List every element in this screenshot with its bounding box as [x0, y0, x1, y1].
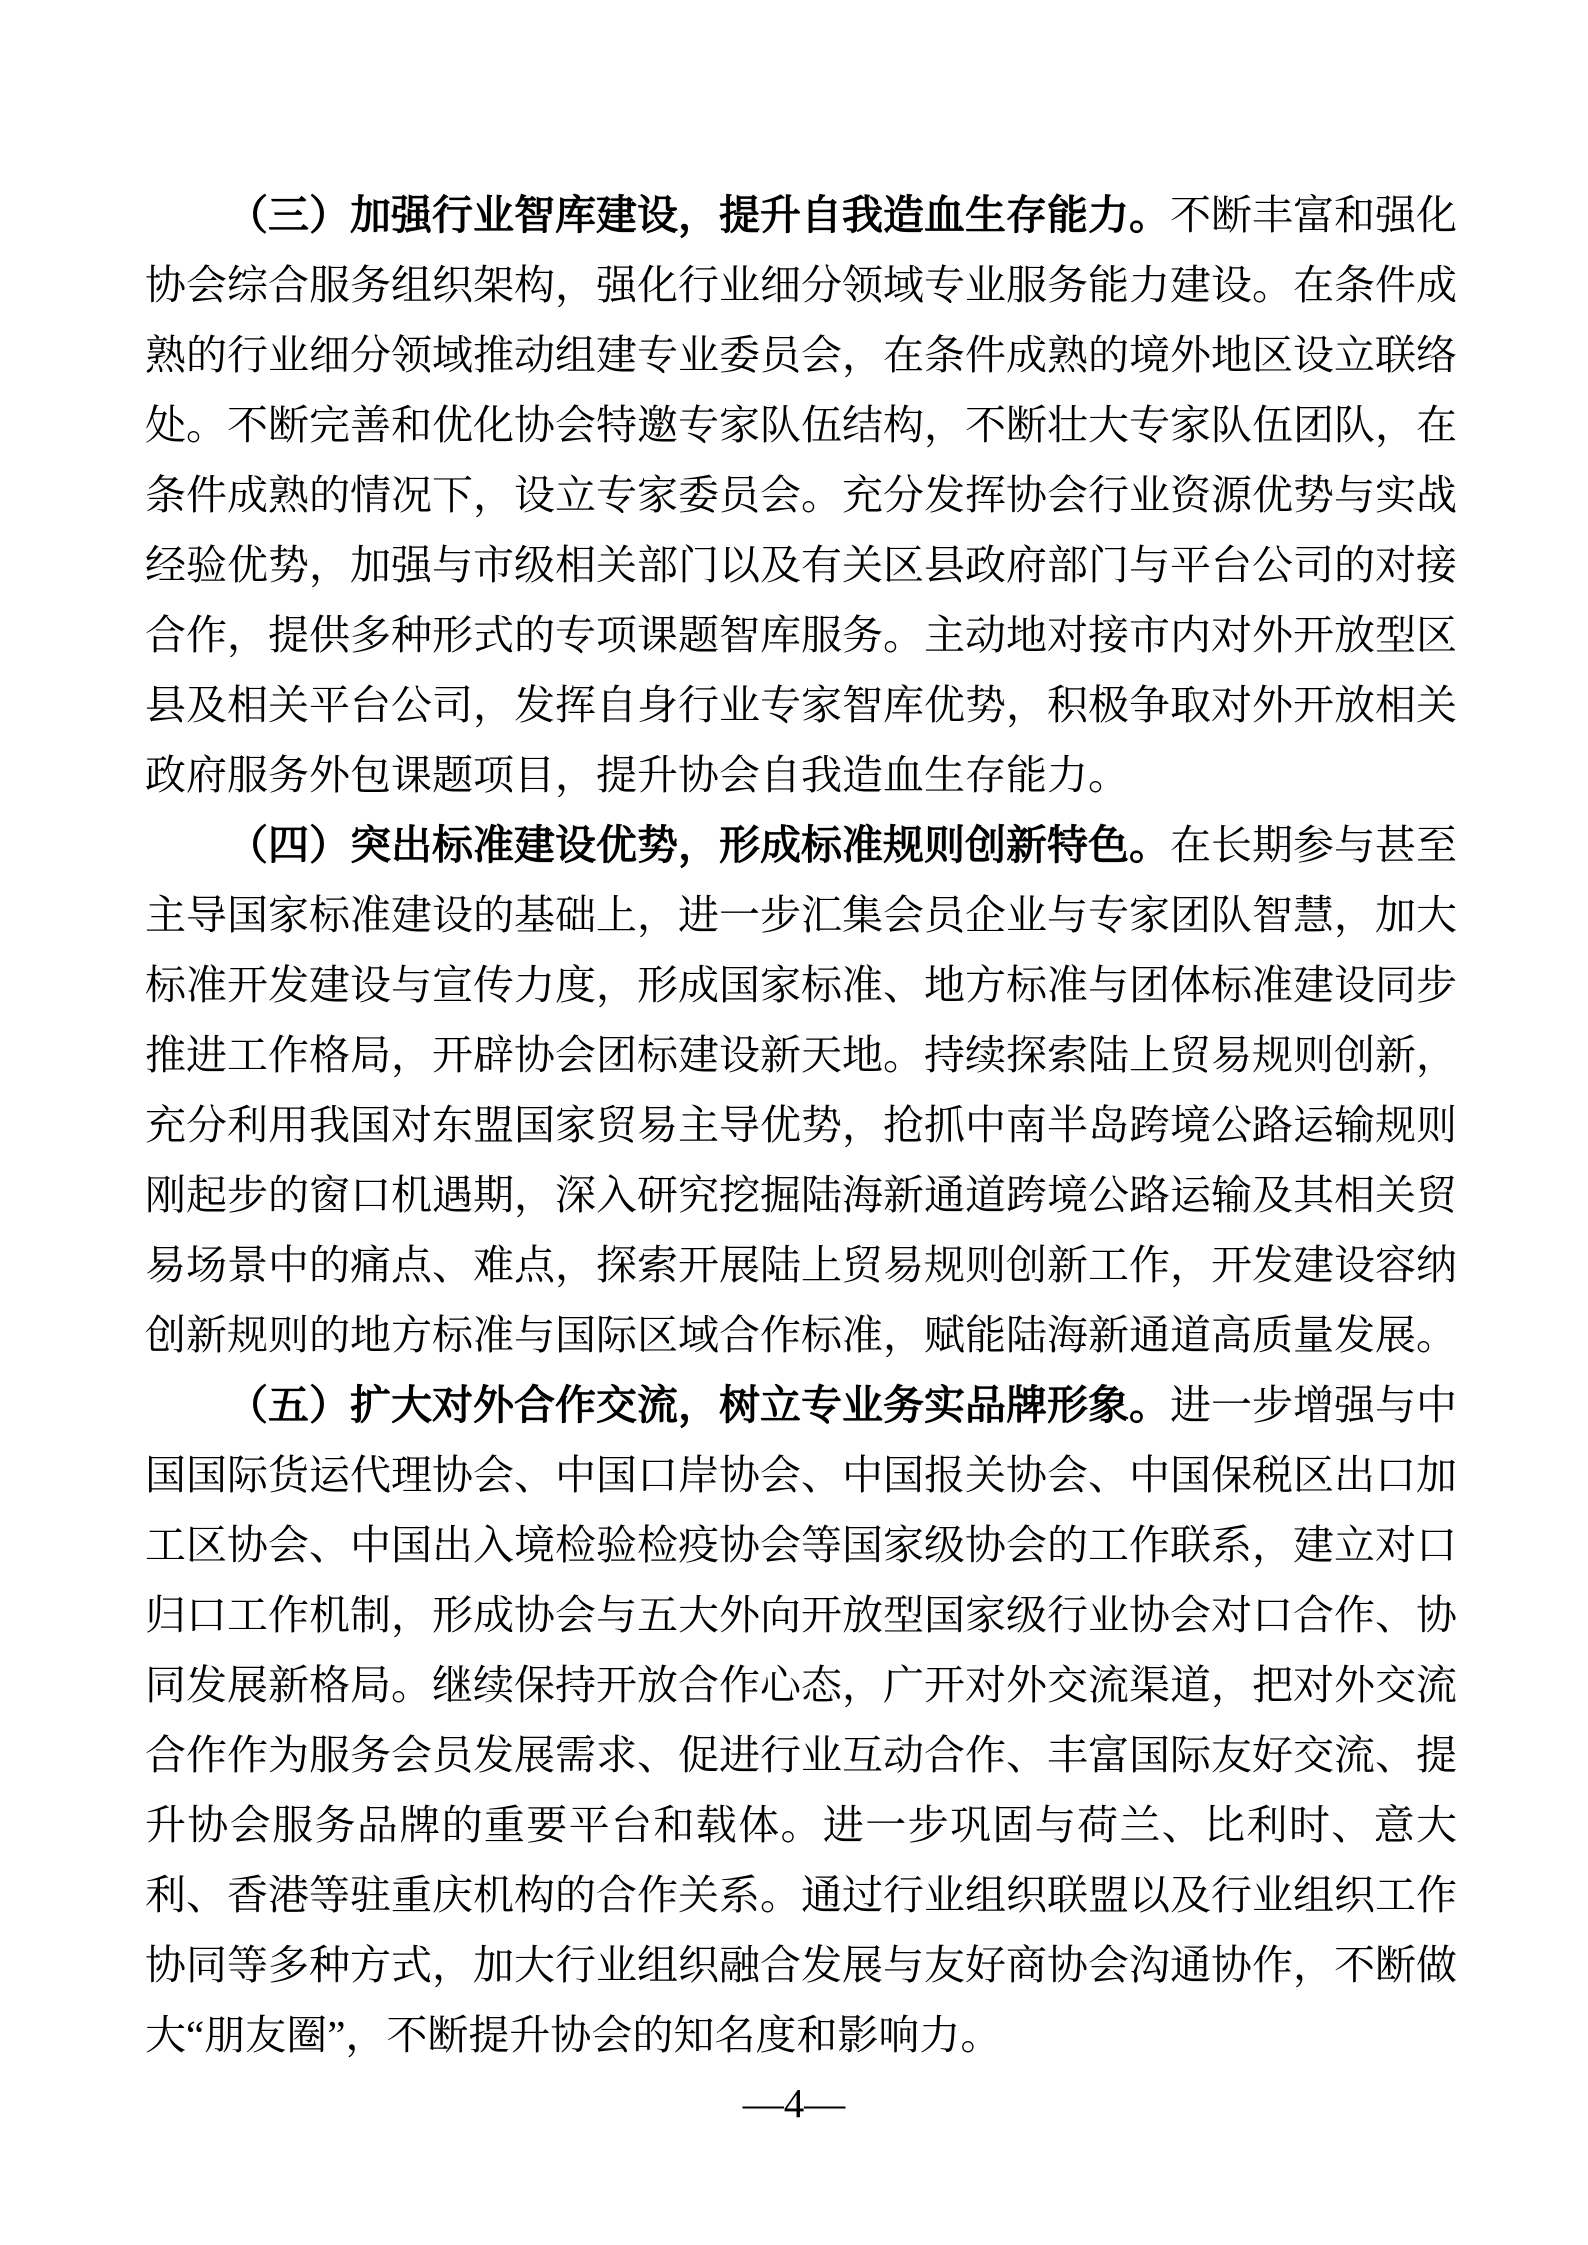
document-body: （三）加强行业智库建设，提升自我造血生存能力。不断丰富和强化协会综合服务组织架构… [145, 180, 1457, 2070]
section-5-paragraph: （五）扩大对外合作交流，树立专业务实品牌形象。进一步增强与中国国际货运代理协会、… [145, 1370, 1457, 2070]
section-5-heading: （五）扩大对外合作交流，树立专业务实品牌形象。 [227, 1382, 1170, 1428]
section-3-paragraph: （三）加强行业智库建设，提升自我造血生存能力。不断丰富和强化协会综合服务组织架构… [145, 180, 1457, 810]
page-number: —4— [0, 2078, 1588, 2128]
section-4-paragraph: （四）突出标准建设优势，形成标准规则创新特色。在长期参与甚至主导国家标准建设的基… [145, 810, 1457, 1370]
section-5-text: 进一步增强与中国国际货运代理协会、中国口岸协会、中国报关协会、中国保税区出口加工… [145, 1382, 1457, 2058]
section-4-heading: （四）突出标准建设优势，形成标准规则创新特色。 [227, 822, 1170, 868]
section-4-text: 在长期参与甚至主导国家标准建设的基础上，进一步汇集会员企业与专家团队智慧，加大标… [145, 822, 1457, 1358]
section-3-text: 不断丰富和强化协会综合服务组织架构，强化行业细分领域专业服务能力建设。在条件成熟… [145, 192, 1457, 798]
document-page: （三）加强行业智库建设，提升自我造血生存能力。不断丰富和强化协会综合服务组织架构… [0, 0, 1588, 2245]
section-3-heading: （三）加强行业智库建设，提升自我造血生存能力。 [227, 192, 1170, 238]
